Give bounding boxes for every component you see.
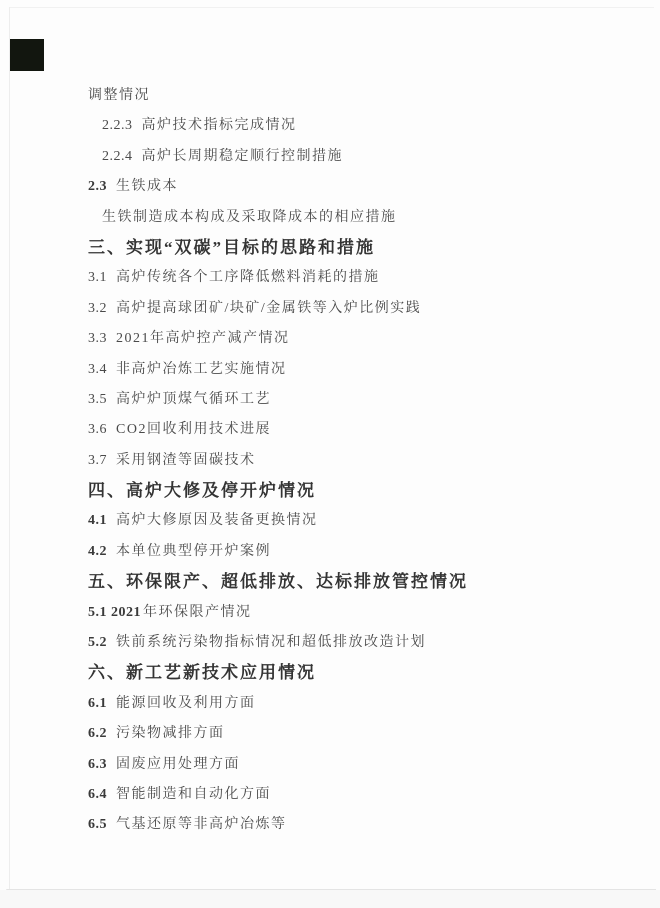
toc-entry-number: 4.1	[88, 513, 107, 529]
toc-entry: 3.1高炉传统各个工序降低燃料消耗的措施	[88, 268, 628, 298]
scan-artifact-square	[10, 39, 44, 71]
toc-entry-number: 3.4	[88, 362, 107, 378]
toc-entry-label: 采用钢渣等固碳技术	[116, 453, 256, 468]
toc-entry-number: 3.7	[88, 453, 107, 469]
page-bottom-shade	[0, 890, 660, 908]
toc-entry-label: 2021年高炉控产减产情况	[116, 331, 290, 346]
toc-entry: 调整情况	[88, 86, 628, 116]
toc-entry-label: 高炉技术指标完成情况	[142, 118, 297, 133]
toc-entry: 5.2铁前系统污染物指标情况和超低排放改造计划	[88, 633, 628, 663]
toc-entry-label: 年环保限产情况	[143, 605, 252, 620]
toc-entry-label: 高炉长周期稳定顺行控制措施	[142, 149, 344, 164]
toc-entry: 3.2高炉提高球团矿/块矿/金属铁等入炉比例实践	[88, 299, 628, 329]
toc-entry: 5.1 2021年环保限产情况	[88, 603, 628, 633]
toc-entry: 3.7采用钢渣等固碳技术	[88, 451, 628, 481]
toc-entry-label: 铁前系统污染物指标情况和超低排放改造计划	[116, 635, 426, 650]
toc-entry: 2.2.4高炉长周期稳定顺行控制措施	[88, 147, 628, 177]
toc-entry: 3.5高炉炉顶煤气循环工艺	[88, 390, 628, 420]
page-edge-left	[9, 7, 10, 889]
toc-entry-number: 3.6	[88, 422, 107, 438]
toc-entry: 生铁制造成本构成及采取降成本的相应措施	[88, 208, 628, 238]
toc-section-heading: 五、环保限产、超低排放、达标排放管控情况	[88, 572, 628, 602]
page-edge-top	[9, 7, 654, 8]
toc-section-heading: 六、新工艺新技术应用情况	[88, 663, 628, 693]
toc-entry-label: 气基还原等非高炉冶炼等	[116, 817, 287, 832]
toc-entry-label: 智能制造和自动化方面	[116, 787, 271, 802]
toc-entry: 2.2.3高炉技术指标完成情况	[88, 116, 628, 146]
toc-entry-label: 生铁制造成本构成及采取降成本的相应措施	[102, 210, 397, 225]
toc-entry-number: 3.5	[88, 392, 107, 408]
toc-entry-label: 非高炉冶炼工艺实施情况	[116, 362, 287, 377]
toc-entry-label: 高炉传统各个工序降低燃料消耗的措施	[116, 270, 380, 285]
toc-entry: 6.2污染物减排方面	[88, 724, 628, 754]
toc-entry-label: 高炉提高球团矿/块矿/金属铁等入炉比例实践	[116, 301, 421, 316]
toc-entry-label: 调整情况	[88, 88, 150, 103]
toc-entry-label: 高炉炉顶煤气循环工艺	[116, 392, 271, 407]
toc-heading-label: 五、环保限产、超低排放、达标排放管控情况	[88, 572, 468, 591]
toc-entry-number: 2.2.4	[102, 149, 133, 165]
toc-entry: 3.32021年高炉控产减产情况	[88, 329, 628, 359]
toc-entry-number: 5.2	[88, 635, 107, 651]
toc-entry: 6.5气基还原等非高炉冶炼等	[88, 815, 628, 845]
toc-entry-number: 2.3	[88, 179, 107, 195]
toc-entry-number: 3.1	[88, 270, 107, 286]
toc-entry: 4.1高炉大修原因及装备更换情况	[88, 511, 628, 541]
toc-entry-label: 本单位典型停开炉案例	[116, 544, 271, 559]
toc-entry-number: 6.3	[88, 757, 107, 773]
toc-entry: 6.4智能制造和自动化方面	[88, 785, 628, 815]
toc-entry-label: CO2回收利用技术进展	[116, 422, 271, 437]
toc-section-heading: 三、实现“双碳”目标的思路和措施	[88, 238, 628, 268]
toc-heading-label: 四、高炉大修及停开炉情况	[88, 481, 316, 500]
toc-entry: 3.6CO2回收利用技术进展	[88, 420, 628, 450]
toc-entry: 2.3生铁成本	[88, 177, 628, 207]
toc-entry-label: 固废应用处理方面	[116, 757, 240, 772]
toc-entry-number: 5.1 2021	[88, 605, 141, 621]
toc-entry-number: 4.2	[88, 544, 107, 560]
toc-heading-label: 六、新工艺新技术应用情况	[88, 663, 316, 682]
toc-entry-number: 3.3	[88, 331, 107, 347]
toc-entry: 4.2本单位典型停开炉案例	[88, 542, 628, 572]
toc-entry-number: 3.2	[88, 301, 107, 317]
toc-entry-number: 6.1	[88, 696, 107, 712]
toc-entry-number: 6.4	[88, 787, 107, 803]
toc-entry-label: 生铁成本	[116, 179, 178, 194]
toc-entry-number: 6.2	[88, 726, 107, 742]
toc-entry-label: 高炉大修原因及装备更换情况	[116, 513, 318, 528]
toc-entry: 6.1能源回收及利用方面	[88, 694, 628, 724]
toc-entry-label: 污染物减排方面	[116, 726, 225, 741]
toc-entry-number: 2.2.3	[102, 118, 133, 134]
toc-section-heading: 四、高炉大修及停开炉情况	[88, 481, 628, 511]
document-page: 调整情况2.2.3高炉技术指标完成情况2.2.4高炉长周期稳定顺行控制措施2.3…	[0, 0, 660, 908]
toc: 调整情况2.2.3高炉技术指标完成情况2.2.4高炉长周期稳定顺行控制措施2.3…	[88, 86, 628, 846]
toc-entry-label: 能源回收及利用方面	[116, 696, 256, 711]
toc-entry: 3.4非高炉冶炼工艺实施情况	[88, 360, 628, 390]
toc-heading-label: 三、实现“双碳”目标的思路和措施	[88, 238, 375, 257]
toc-entry-number: 6.5	[88, 817, 107, 833]
toc-entry: 6.3固废应用处理方面	[88, 755, 628, 785]
